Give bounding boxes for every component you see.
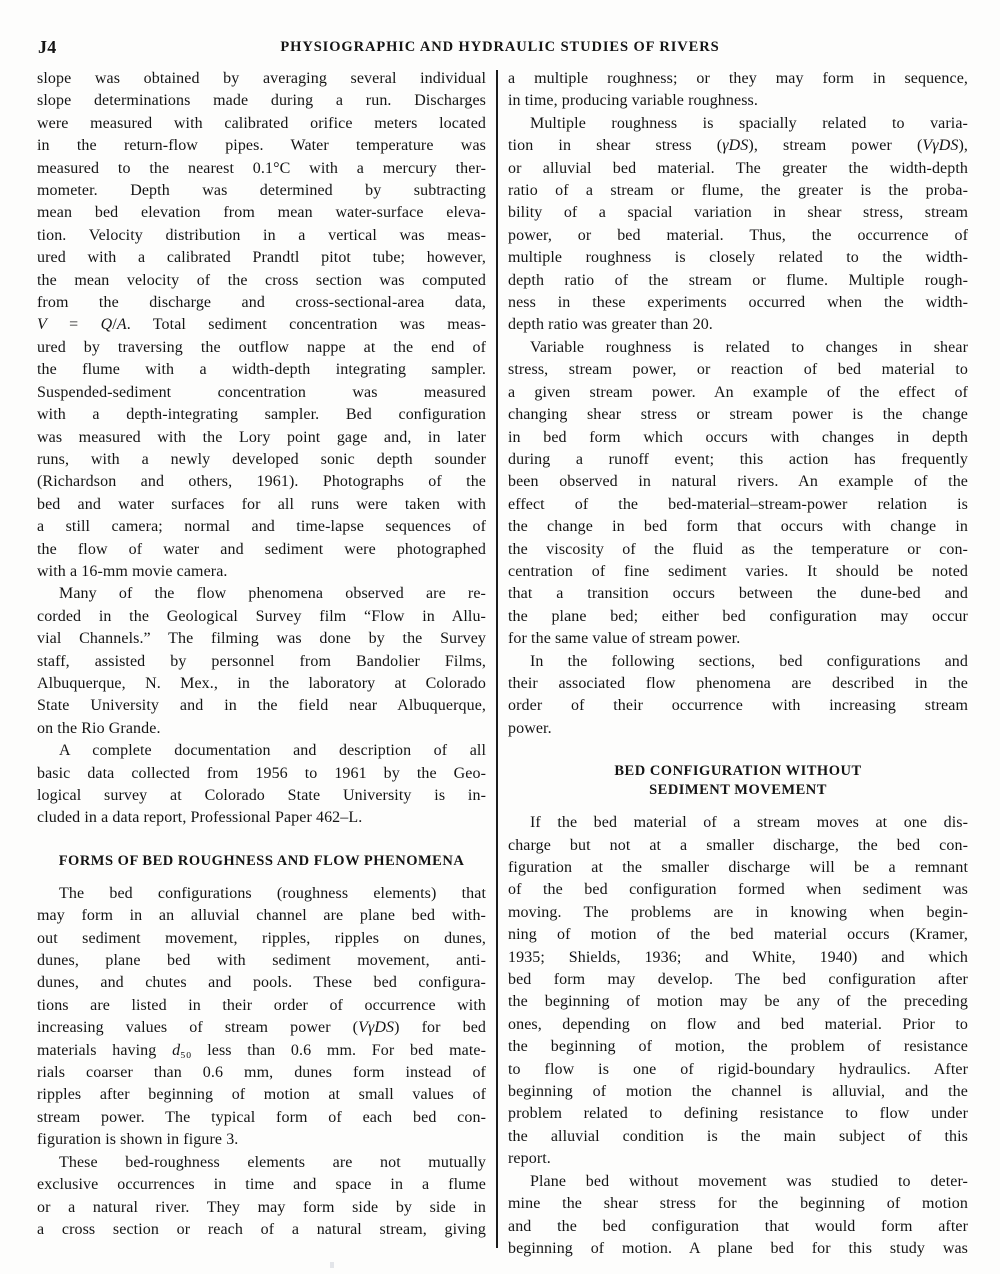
text-line: the beginning of motion may be any of th…: [508, 991, 968, 1013]
text-line: The bed configurations (roughness elemen…: [37, 883, 486, 905]
text-line: changing shear stress or stream power is…: [508, 404, 968, 426]
text-line: report.: [508, 1148, 968, 1170]
text-line: power, or bed material. Thus, the occurr…: [508, 225, 968, 247]
text-line: slope determinations made during a run. …: [37, 90, 486, 112]
text-line: the alluvial condition is the main subje…: [508, 1126, 968, 1148]
two-column-body: slope was obtained by averaging several …: [0, 68, 1000, 1260]
text-line: multiple roughness is closely related to…: [508, 247, 968, 269]
text-line: for the same value of stream power.: [508, 628, 968, 650]
text-line: V = Q/A. Total sediment concentration wa…: [37, 314, 486, 336]
text-line: Multiple roughness is spacially related …: [508, 113, 968, 135]
heading-line: SEDIMENT MOVEMENT: [508, 781, 968, 800]
text-line: stream power. The typical form of each b…: [37, 1107, 486, 1129]
column-divider-rule: [496, 70, 498, 1248]
text-line: that a transition occurs between the dun…: [508, 583, 968, 605]
text-line: dunes, and chutes and pools. These bed c…: [37, 972, 486, 994]
text-line: basic data collected from 1956 to 1961 b…: [37, 763, 486, 785]
paragraph: Variable roughness is related to changes…: [508, 337, 968, 651]
text-line: ured with a calibrated Prandtl pitot tub…: [37, 247, 486, 269]
text-line: 1935; Shields, 1936; and White, 1940) an…: [508, 947, 968, 969]
running-title: PHYSIOGRAPHIC AND HYDRAULIC STUDIES OF R…: [0, 36, 1000, 56]
text-line: out sediment movement, ripples, ripples …: [37, 928, 486, 950]
text-line: the flume with a width-depth integrating…: [37, 359, 486, 381]
text-line: (Richardson and others, 1961). Photograp…: [37, 471, 486, 493]
text-line: their associated flow phenomena are desc…: [508, 673, 968, 695]
paragraph: In the following sections, bed configura…: [508, 651, 968, 741]
text-line: A complete documentation and description…: [37, 740, 486, 762]
text-line: a cross section or reach of a natural st…: [37, 1219, 486, 1241]
document-page: J4 PHYSIOGRAPHIC AND HYDRAULIC STUDIES O…: [0, 0, 1000, 1274]
text-line: vial Channels.” The filming was done by …: [37, 628, 486, 650]
paragraph: a multiple roughness; or they may form i…: [508, 68, 968, 113]
text-line: In the following sections, bed configura…: [508, 651, 968, 673]
heading-line: FORMS OF BED ROUGHNESS AND FLOW PHENOMEN…: [37, 852, 486, 871]
text-line: in bed form which occurs with changes in…: [508, 427, 968, 449]
text-line: These bed-roughness elements are not mut…: [37, 1152, 486, 1174]
text-line: power.: [508, 718, 968, 740]
section-heading: FORMS OF BED ROUGHNESS AND FLOW PHENOMEN…: [37, 852, 486, 871]
paragraph: A complete documentation and description…: [37, 740, 486, 830]
text-line: problem related to defining resistance t…: [508, 1103, 968, 1125]
text-line: ning of motion of the bed material occur…: [508, 924, 968, 946]
text-line: moving. The problems are in knowing when…: [508, 902, 968, 924]
text-line: during a runoff event; this action has f…: [508, 449, 968, 471]
text-line: the change in bed form that occurs with …: [508, 516, 968, 538]
text-line: ripples after beginning of motion at sma…: [37, 1084, 486, 1106]
text-line: bed and water surfaces for all runs were…: [37, 494, 486, 516]
text-line: staff, assisted by personnel from Bandol…: [37, 651, 486, 673]
text-line: been observed in natural rivers. An exam…: [508, 471, 968, 493]
text-line: Many of the flow phenomena observed are …: [37, 583, 486, 605]
text-line: tion. Velocity distribution in a vertica…: [37, 225, 486, 247]
text-line: Albuquerque, N. Mex., in the laboratory …: [37, 673, 486, 695]
text-line: cluded in a data report, Professional Pa…: [37, 807, 486, 829]
paragraph: Many of the flow phenomena observed are …: [37, 583, 486, 740]
text-line: a still camera; normal and time-lapse se…: [37, 516, 486, 538]
text-line: from the discharge and cross-sectional-a…: [37, 292, 486, 314]
text-line: a multiple roughness; or they may form i…: [508, 68, 968, 90]
text-line: materials having d₅₀ less than 0.6 mm. F…: [37, 1040, 486, 1062]
text-line: ones, depending on flow and bed material…: [508, 1014, 968, 1036]
text-line: measured to the nearest 0.1°C with a mer…: [37, 158, 486, 180]
left-column: slope was obtained by averaging several …: [37, 68, 486, 1260]
text-line: beginning of motion the channel is alluv…: [508, 1081, 968, 1103]
text-line: with a depth-integrating sampler. Bed co…: [37, 404, 486, 426]
section-heading: BED CONFIGURATION WITHOUTSEDIMENT MOVEME…: [508, 762, 968, 800]
text-line: Suspended-sediment concentration was mea…: [37, 382, 486, 404]
text-line: the plane bed; either bed configuration …: [508, 606, 968, 628]
paragraph: Multiple roughness is spacially related …: [508, 113, 968, 337]
text-line: bed form may develop. The bed configurat…: [508, 969, 968, 991]
page-header: J4 PHYSIOGRAPHIC AND HYDRAULIC STUDIES O…: [0, 36, 1000, 60]
text-line: increasing values of stream power (VγDS)…: [37, 1017, 486, 1039]
text-line: of the bed configuration formed when sed…: [508, 879, 968, 901]
text-line: Plane bed without movement was studied t…: [508, 1171, 968, 1193]
text-line: mometer. Depth was determined by subtrac…: [37, 180, 486, 202]
paragraph: The bed configurations (roughness elemen…: [37, 883, 486, 1152]
text-line: the flow of water and sediment were phot…: [37, 539, 486, 561]
text-line: or alluvial bed material. The greater th…: [508, 158, 968, 180]
text-line: centration of fine sediment varies. It s…: [508, 561, 968, 583]
text-line: may form in an alluvial channel are plan…: [37, 905, 486, 927]
text-line: bility of a spacial variation in shear s…: [508, 202, 968, 224]
paragraph: Plane bed without movement was studied t…: [508, 1171, 968, 1261]
text-line: Variable roughness is related to changes…: [508, 337, 968, 359]
right-column: a multiple roughness; or they may form i…: [508, 68, 968, 1260]
text-line: and the bed configuration that would for…: [508, 1216, 968, 1238]
text-line: logical survey at Colorado State Univers…: [37, 785, 486, 807]
text-line: exclusive occurrences in time and space …: [37, 1174, 486, 1196]
text-line: the mean velocity of the cross section w…: [37, 270, 486, 292]
text-line: mine the shear stress for the beginning …: [508, 1193, 968, 1215]
text-line: tion in shear stress (γDS), stream power…: [508, 135, 968, 157]
text-line: runs, with a newly developed sonic depth…: [37, 449, 486, 471]
text-line: tions are listed in their order of occur…: [37, 995, 486, 1017]
text-line: slope was obtained by averaging several …: [37, 68, 486, 90]
text-line: mean bed elevation from mean water-surfa…: [37, 202, 486, 224]
paragraph: If the bed material of a stream moves at…: [508, 812, 968, 1171]
text-line: in time, producing variable roughness.: [508, 90, 968, 112]
text-line: a given stream power. An example of the …: [508, 382, 968, 404]
text-line: order of their occurrence with increasin…: [508, 695, 968, 717]
scan-speck: [330, 1262, 334, 1268]
text-line: figuration at the smaller discharge will…: [508, 857, 968, 879]
text-line: ratio of a stream or flume, the greater …: [508, 180, 968, 202]
text-line: to flow is one of rigid-boundary hydraul…: [508, 1059, 968, 1081]
text-line: corded in the Geological Survey film “Fl…: [37, 606, 486, 628]
text-line: dunes, plane bed with sediment movement,…: [37, 950, 486, 972]
text-line: or a natural river. They may form side b…: [37, 1197, 486, 1219]
text-line: ness in these experiments occurred when …: [508, 292, 968, 314]
text-line: were measured with calibrated orifice me…: [37, 113, 486, 135]
page-number: J4: [38, 37, 57, 58]
text-line: the beginning of motion, the problem of …: [508, 1036, 968, 1058]
text-line: effect of the bed-material–stream-power …: [508, 494, 968, 516]
text-line: State University and in the field near A…: [37, 695, 486, 717]
text-line: depth ratio was greater than 20.: [508, 314, 968, 336]
text-line: the viscosity of the fluid as the temper…: [508, 539, 968, 561]
paragraph: slope was obtained by averaging several …: [37, 68, 486, 583]
text-line: figuration is shown in figure 3.: [37, 1129, 486, 1151]
text-line: in the return-flow pipes. Water temperat…: [37, 135, 486, 157]
text-line: stress, stream power, or reaction of bed…: [508, 359, 968, 381]
text-line: was measured with the Lory point gage an…: [37, 427, 486, 449]
heading-line: BED CONFIGURATION WITHOUT: [508, 762, 968, 781]
text-line: If the bed material of a stream moves at…: [508, 812, 968, 834]
text-line: on the Rio Grande.: [37, 718, 486, 740]
text-line: ured by traversing the outflow nappe at …: [37, 337, 486, 359]
text-line: rials coarser than 0.6 mm, dunes form in…: [37, 1062, 486, 1084]
paragraph: These bed-roughness elements are not mut…: [37, 1152, 486, 1242]
text-line: beginning of motion. A plane bed for thi…: [508, 1238, 968, 1260]
text-line: charge but not at a smaller discharge, t…: [508, 835, 968, 857]
text-line: depth ratio of the stream or flume. Mult…: [508, 270, 968, 292]
text-line: with a 16-mm movie camera.: [37, 561, 486, 583]
